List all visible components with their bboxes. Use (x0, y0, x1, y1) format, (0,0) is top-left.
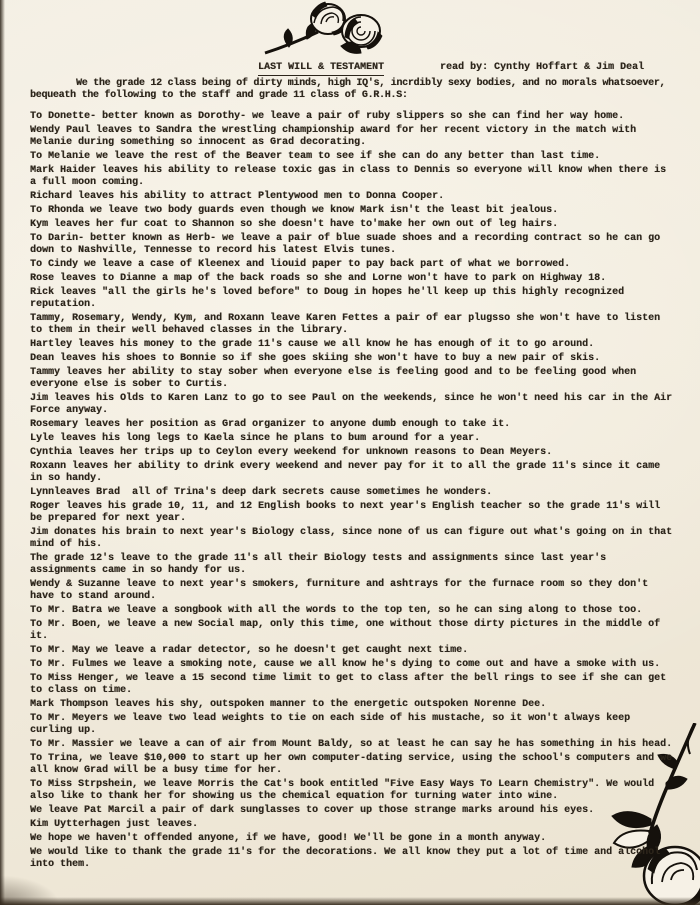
will-paragraph: We would like to thank the grade 11's fo… (30, 847, 675, 871)
will-paragraph: Lyle leaves his long legs to Kaela since… (30, 433, 675, 445)
will-paragraph: Mark Haider leaves his ability to releas… (30, 165, 675, 189)
will-paragraph: To Trina, we leave $10,000 to start up h… (30, 753, 675, 777)
will-paragraph: To Mr. May we leave a radar detector, so… (30, 645, 675, 657)
will-paragraph: Kim Uytterhagen just leaves. (30, 819, 675, 831)
will-paragraph: Rose leaves to Dianne a map of the back … (30, 273, 675, 285)
title-row: LAST WILL & TESTAMENT read by: Cynthy Ho… (30, 62, 675, 75)
will-paragraph: To Rhonda we leave two body guards even … (30, 205, 675, 217)
will-paragraph: Roxann leaves her ability to drink every… (30, 461, 675, 485)
intro-paragraph: We the grade 12 class being of dirty min… (30, 78, 675, 102)
page-bottom-edge-shadow (0, 897, 700, 905)
will-paragraph: Tammy, Rosemary, Wendy, Kym, and Roxann … (30, 313, 675, 337)
will-paragraph: Dean leaves his shoes to Bonnie so if sh… (30, 353, 675, 365)
will-paragraph: To Mr. Fulmes we leave a smoking note, c… (30, 659, 675, 671)
will-paragraph: Rick leaves "all the girls he's loved be… (30, 287, 675, 311)
will-paragraph: We leave Pat Marcil a pair of dark sungl… (30, 805, 675, 817)
will-paragraph: Cynthia leaves her trips up to Ceylon ev… (30, 447, 675, 459)
will-paragraph: Roger leaves his grade 10, 11, and 12 En… (30, 501, 675, 525)
will-paragraph: To Darin- better known as Herb- we leave… (30, 233, 675, 257)
page-corner-shadow (0, 875, 60, 905)
will-paragraph: Wendy & Suzanne leave to next year's smo… (30, 579, 675, 603)
will-paragraph: Jim leaves his Olds to Karen Lanz to go … (30, 393, 675, 417)
will-paragraph: To Donette- better known as Dorothy- we … (30, 111, 675, 123)
will-paragraph: Hartley leaves his money to the grade 11… (30, 339, 675, 351)
will-paragraph: The grade 12's leave to the grade 11's a… (30, 553, 675, 577)
will-paragraph: To Mr. Massier we leave a can of air fro… (30, 739, 675, 751)
will-paragraph: Lynnleaves Brad all of Trina's deep dark… (30, 487, 675, 499)
scanned-yearbook-page: LAST WILL & TESTAMENT read by: Cynthy Ho… (0, 0, 700, 905)
will-paragraph: Rosemary leaves her position as Grad org… (30, 419, 675, 431)
will-paragraph: To Miss Strpshein, we leave Morris the C… (30, 779, 675, 803)
will-paragraph: Richard leaves his ability to attract Pl… (30, 191, 675, 203)
read-by-credit: read by: Cynthy Hoffart & Jim Deal (440, 62, 644, 74)
will-paragraph: To Mr. Boen, we leave a new Social map, … (30, 619, 675, 643)
document-body: LAST WILL & TESTAMENT read by: Cynthy Ho… (30, 62, 675, 873)
will-paragraph: To Miss Henger, we leave a 15 second tim… (30, 673, 675, 697)
will-paragraph: Kym leaves her fur coat to Shannon so sh… (30, 219, 675, 231)
page-title: LAST WILL & TESTAMENT (258, 62, 384, 76)
will-paragraph: Mark Thompson leaves his shy, outspoken … (30, 699, 675, 711)
will-paragraph: Tammy leaves her ability to stay sober w… (30, 367, 675, 391)
will-paragraphs: To Donette- better known as Dorothy- we … (30, 111, 675, 871)
will-paragraph: To Mr. Batra we leave a songbook with al… (30, 605, 675, 617)
will-paragraph: To Melanie we leave the rest of the Beav… (30, 151, 675, 163)
rose-icon (262, 0, 394, 58)
will-paragraph: Jim donates his brain to next year's Bio… (30, 527, 675, 551)
page-left-edge-shadow (0, 0, 5, 905)
will-paragraph: To Mr. Meyers we leave two lead weights … (30, 713, 675, 737)
will-paragraph: To Cindy we leave a case of Kleenex and … (30, 259, 675, 271)
will-paragraph: We hope we haven't offended anyone, if w… (30, 833, 675, 845)
will-paragraph: Wendy Paul leaves to Sandra the wrestlin… (30, 125, 675, 149)
